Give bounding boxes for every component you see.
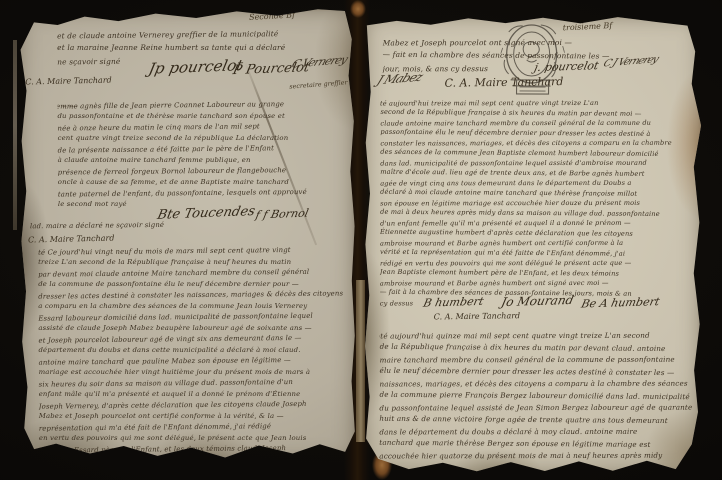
text-line: lad. maire a déclaré ne sçavoir signé	[30, 219, 230, 232]
left-page: Seconde Bf et de claude antoine Vernerey…	[17, 7, 357, 464]
page-stack-edge-left	[13, 40, 17, 230]
act-marie-agnes-text: Marie f̶e̶m̶m̶e̶ agnès fille de Jean pie…	[29, 99, 357, 211]
registrar-signature-large: C. A. Maire Tanchard	[444, 75, 563, 90]
binding-tuft-top	[350, 0, 366, 18]
act-humbert-text: Bapté aujourd'hui treize mai mil sept ce…	[366, 97, 703, 308]
signature-b-humbert: B humbert	[422, 295, 485, 310]
signature-jp-pourcelot: Jp pourcelot	[147, 56, 245, 78]
secretary-note: secretaire greffier	[289, 79, 348, 90]
page-stack-edge-center	[356, 280, 365, 442]
signature-be-a-humbert: Be A humbert	[580, 295, 661, 310]
registrar-signature: C. A. Maire Tanchard	[25, 76, 112, 87]
text-line: accouchée hier quatorze du présent mois …	[379, 450, 703, 463]
text-line: Vernerey Essard père de l'Enfant, et les…	[39, 442, 357, 456]
signature-bornol: f f Bornol	[254, 207, 309, 222]
signature-jo-mourand: Jo Mourand	[500, 293, 575, 309]
registrar-signature: C. A. Maire Tanchard	[434, 311, 521, 321]
folio-mark-right: troisieme Bf	[563, 21, 613, 32]
scanned-register-spread: Seconde Bf et de claude antoine Vernerey…	[0, 0, 722, 480]
signature-j-mabez: J Mabez	[375, 70, 424, 87]
signature-j-pourcelot: j. pourcelot	[533, 59, 600, 74]
act-marie-agnes-closing: lad. maire a déclaré ne sçavoir signé	[30, 220, 230, 232]
act-bergez-text: Bapté aujourd'hui quinze mai mil sept ce…	[365, 329, 703, 462]
right-page: troisieme Bf Mabez et Joseph pourcelot o…	[361, 13, 703, 476]
act-vernerey-text: Bapté Ce jourd'hui vingt neuf du mois de…	[24, 245, 357, 455]
registrar-signature: C. A. Maire Tanchard	[28, 234, 115, 245]
folio-mark-left: Seconde Bf	[249, 10, 295, 22]
